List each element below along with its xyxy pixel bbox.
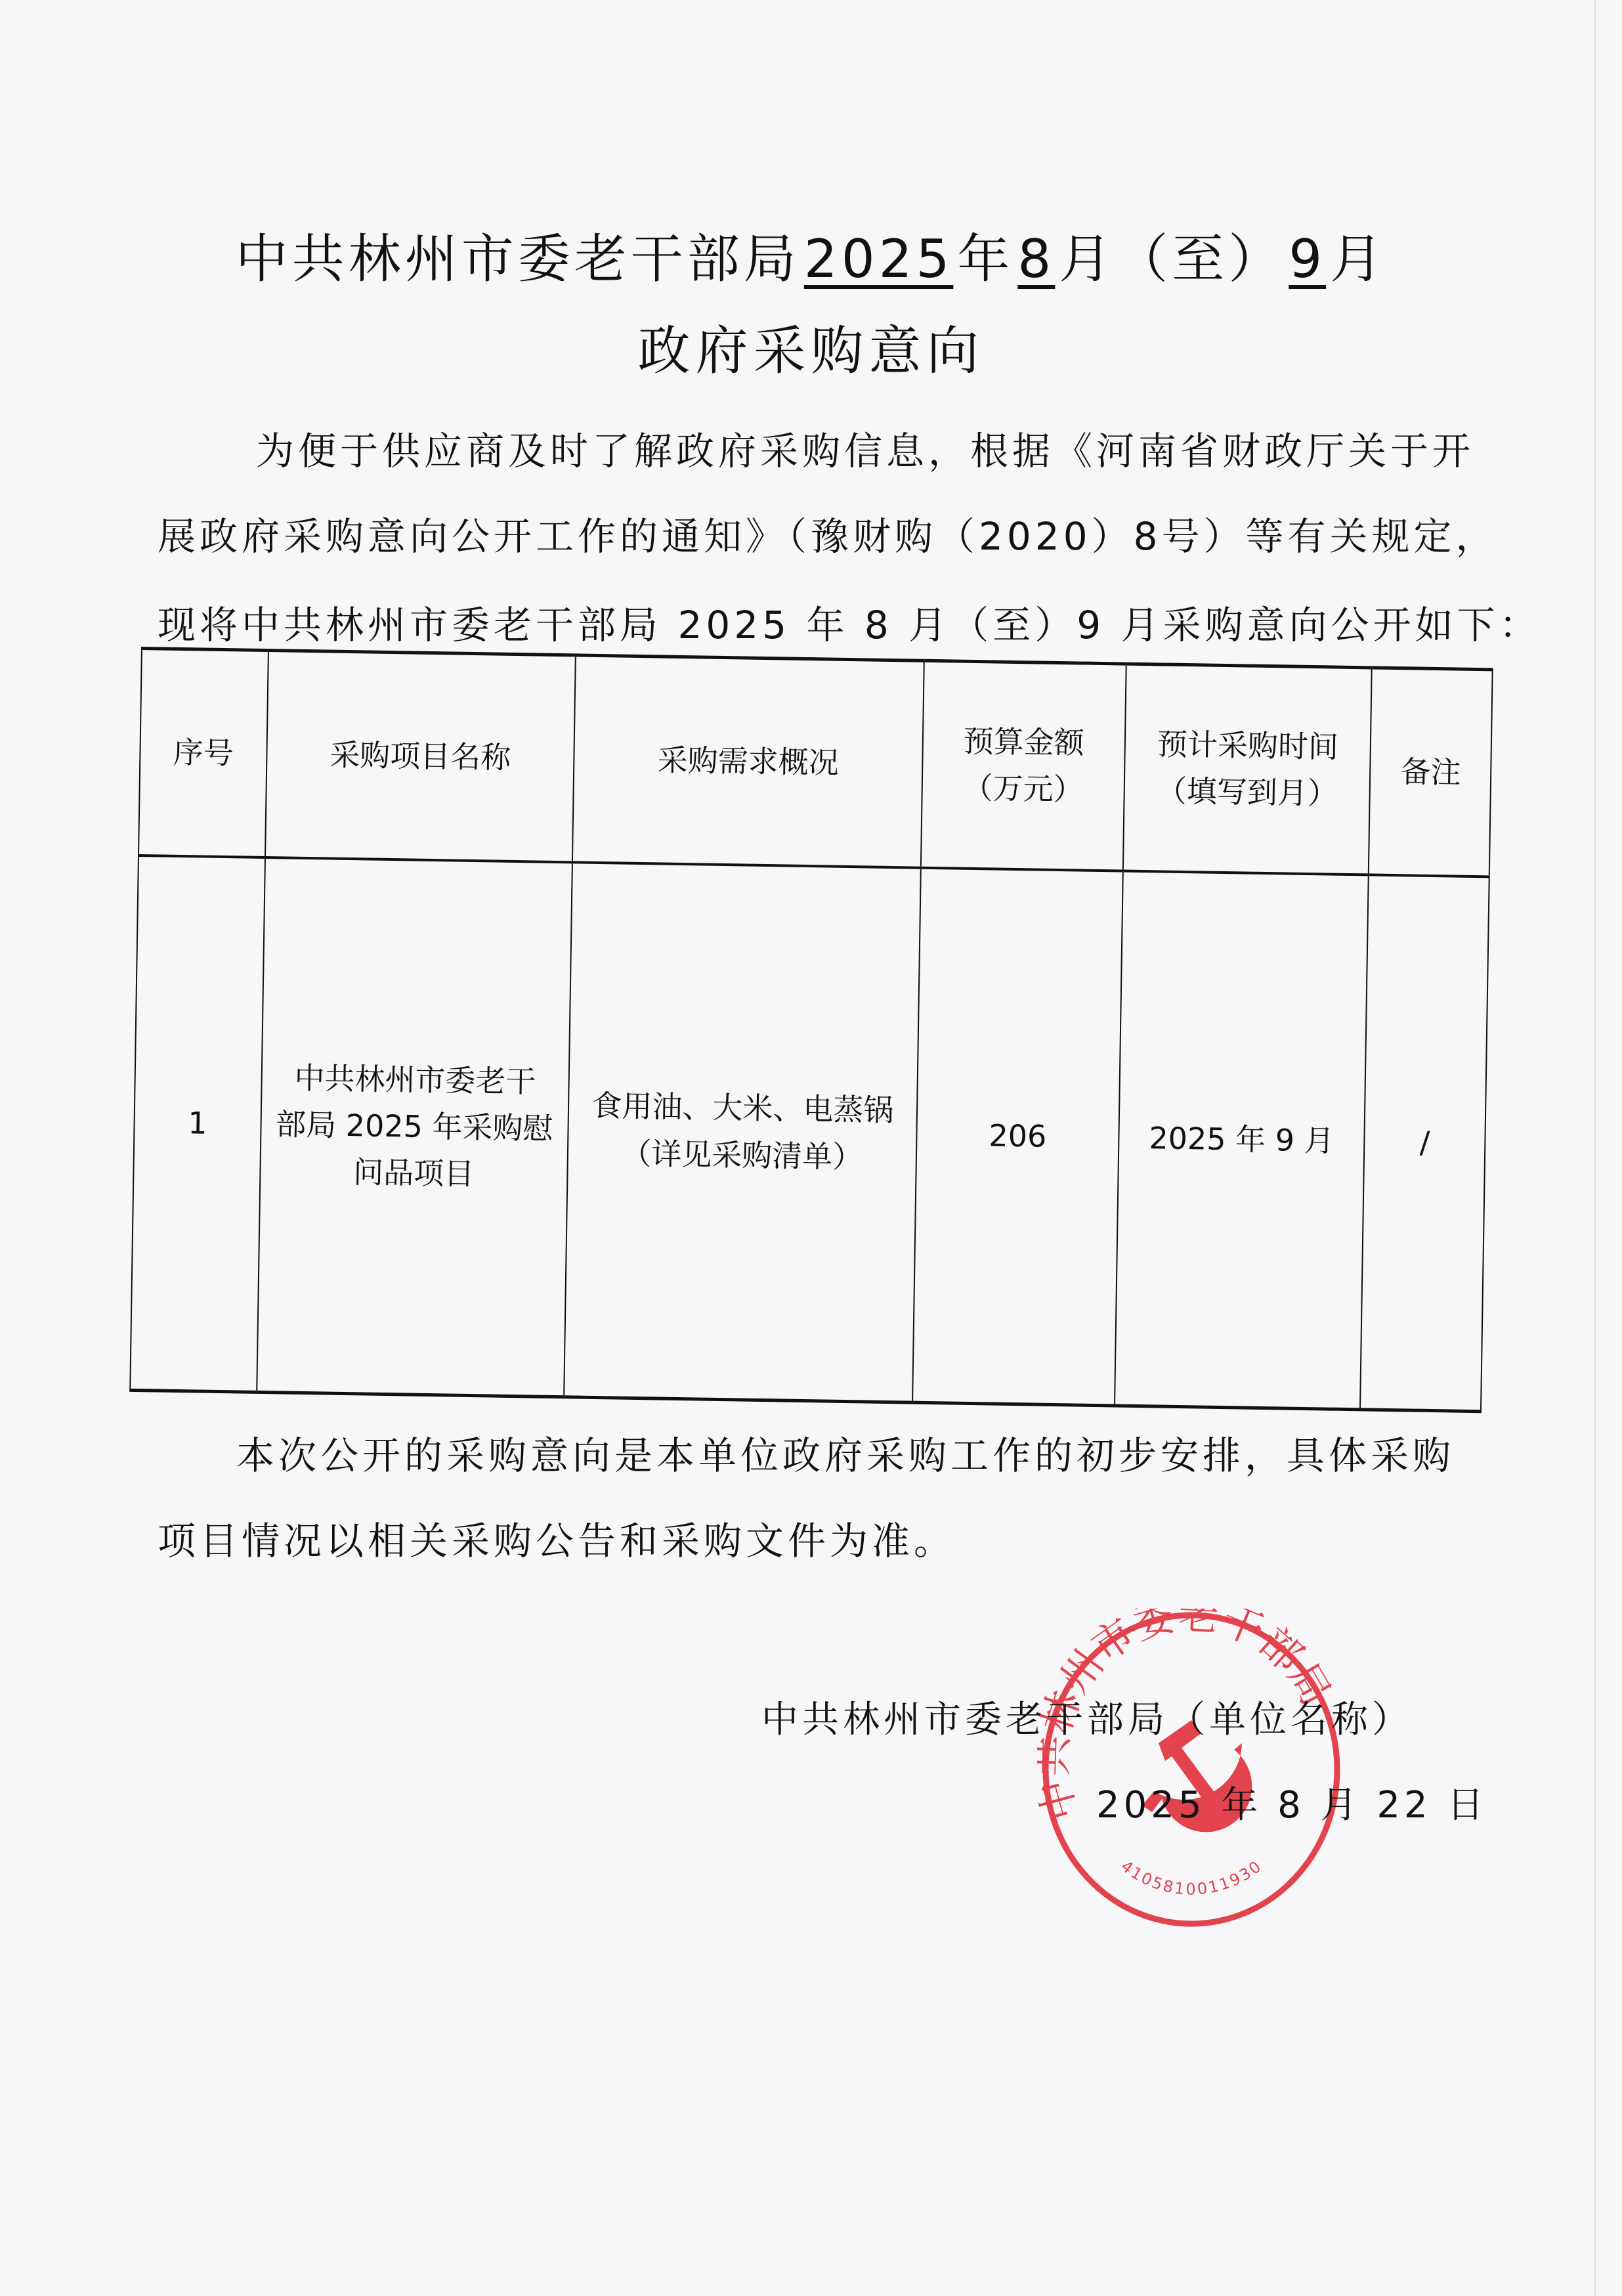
document-page: 中共林州市委老干部局2025年8月（至）9月 政府采购意向 为便于供应商及时了解…: [0, 0, 1622, 2296]
header-remarks: 备注: [1369, 668, 1492, 877]
closing-line-1: 本次公开的采购意向是本单位政府采购工作的初步安排，具体采购: [236, 1425, 1455, 1480]
header-project-name: 采购项目名称: [265, 651, 576, 862]
seal-code: 4105810011930: [1118, 1856, 1266, 1898]
header-requirements: 采购需求概况: [572, 655, 924, 867]
cell-remarks: /: [1360, 875, 1489, 1412]
official-seal-icon: 中共林州市委老干部局 4105810011930: [1037, 1609, 1346, 1930]
header-time-line1: 预计采购时间: [1132, 721, 1364, 771]
closing-line-2: 项目情况以相关采购公告和采购文件为准。: [158, 1510, 956, 1565]
document-subtitle: 政府采购意向: [0, 309, 1622, 384]
title-month-suffix-1: 月（至）: [1059, 228, 1285, 290]
project-name-line3: 问品项目: [267, 1148, 561, 1200]
cell-project-name: 中共林州市委老干 部局 2025 年采购慰 问品项目: [257, 857, 572, 1397]
cell-requirements: 食用油、大米、电蒸锅 （详见采购清单）: [564, 862, 921, 1402]
cell-time: 2025 年 9 月: [1115, 871, 1369, 1410]
project-name-line2: 部局 2025 年采购慰: [268, 1101, 561, 1152]
title-start-month: 8: [1014, 228, 1059, 290]
title-month-suffix-2: 月: [1330, 228, 1386, 290]
header-budget-line2: （万元）: [929, 764, 1117, 814]
table-row: 1 中共林州市委老干 部局 2025 年采购慰 问品项目 食用油、大米、电蒸锅 …: [130, 855, 1489, 1411]
intro-line-2: 展政府采购意向公开工作的通知》（豫财购（2020）8号）等有关规定，: [158, 506, 1498, 561]
intro-line-1: 为便于供应商及时了解政府采购信息，根据《河南省财政厅关于开: [256, 420, 1474, 475]
title-prefix: 中共林州市委老干部局: [236, 228, 800, 290]
title-year: 2025: [800, 228, 958, 290]
title-year-suffix: 年: [957, 228, 1014, 290]
procurement-table: 序号 采购项目名称 采购需求概况 预算金额 （万元） 预计采购时间 （填写到月）…: [129, 647, 1493, 1413]
header-time-line2: （填写到月）: [1131, 768, 1363, 818]
title-end-month: 9: [1285, 228, 1330, 290]
header-index: 序号: [139, 649, 268, 857]
cell-budget: 206: [912, 867, 1123, 1406]
signature-date: 2025 年 8 月 22 日: [1096, 1776, 1487, 1829]
requirements-line2: （详见采购清单）: [574, 1129, 909, 1181]
document-title: 中共林州市委老干部局2025年8月（至）9月: [0, 217, 1622, 292]
svg-text:4105810011930: 4105810011930: [1118, 1856, 1266, 1898]
intro-line-3: 现将中共林州市委老干部局 2025 年 8 月（至）9 月采购意向公开如下：: [158, 594, 1541, 649]
cell-index: 1: [130, 855, 265, 1392]
requirements-line1: 食用油、大米、电蒸锅: [575, 1083, 910, 1135]
header-budget-line1: 预算金额: [929, 718, 1118, 768]
header-time: 预计采购时间 （填写到月）: [1123, 664, 1373, 875]
signature-organization: 中共林州市委老干部局（单位名称）: [761, 1691, 1413, 1743]
project-name-line1: 中共林州市委老干: [268, 1054, 562, 1106]
header-budget: 预算金额 （万元）: [921, 661, 1126, 871]
table-header-row: 序号 采购项目名称 采购需求概况 预算金额 （万元） 预计采购时间 （填写到月）…: [139, 649, 1493, 877]
